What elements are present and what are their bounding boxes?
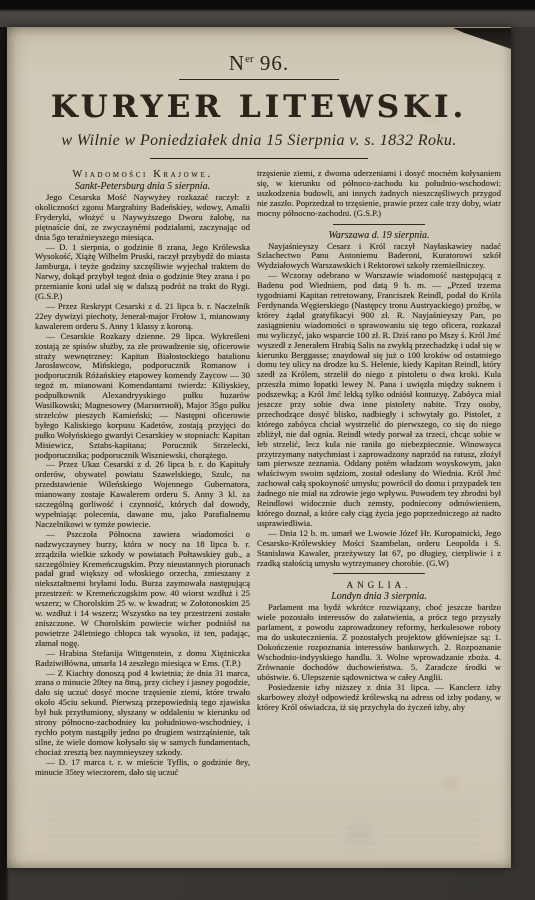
paragraph: — Cesarskie Rozkazy dzienne. 29 lipca. W…	[35, 332, 250, 461]
issue-superscript: er	[245, 53, 254, 65]
paragraph: Nayjaśnieyszy Cesarz i Król raczył Nayła…	[257, 242, 501, 272]
text-columns: Wiadomości Krajowe. Sankt-Petersburg dni…	[7, 159, 511, 777]
paragraph: Posiedzenie izby niższey z dnia 31 lipca…	[257, 683, 501, 713]
section-divider-rule	[333, 573, 425, 574]
paragraph: — Hrabina Stefanija Wittgenstein, z domu…	[35, 649, 250, 669]
newspaper-title: KURYER LITEWSKI.	[7, 89, 511, 125]
issue-number: Ner 96.	[7, 51, 511, 76]
scan-top-band	[0, 0, 535, 27]
paragraph: — D. 1 sierpnia, o godzinie 8 zrana, Jeg…	[35, 243, 250, 302]
paragraph: Parlament ma bydź wkrótce rozwiązany, ch…	[257, 603, 501, 682]
column-right: trzęsienie ziemi, z dwoma uderzeniami i …	[257, 169, 501, 777]
issue-value: 96.	[254, 51, 290, 75]
section-heading-anglia: Anglia.	[257, 579, 501, 591]
paragraph-continuation: trzęsienie ziemi, z dwoma uderzeniami i …	[257, 169, 501, 219]
paragraph: — Przez Reskrypt Cesarski z d. 21 lipca …	[35, 302, 250, 332]
paragraph: — Z Kiachty donoszą pod 4 kwietnia; że d…	[35, 669, 250, 758]
column-left: Wiadomości Krajowe. Sankt-Petersburg dni…	[35, 169, 250, 777]
paragraph: Jego Cesarska Mość Naywyżey rozkazać rac…	[35, 193, 250, 243]
newspaper-page: Ner 96. KURYER LITEWSKI. w Wilnie w Poni…	[7, 27, 511, 868]
masthead-dateline: w Wilnie w Poniedziałek dnia 15 Sierpnia…	[7, 132, 511, 150]
paragraph: — Wczoray odebrano w Warszawie wiadomość…	[257, 271, 501, 529]
paragraph: — Pszczoła Północna zawiera wiadomości o…	[35, 530, 250, 649]
verso-show-through	[47, 802, 481, 854]
paragraph: — Dnia 12 b. m. umarł we Lwowie Józef Hr…	[257, 529, 501, 569]
section-divider-rule	[333, 224, 425, 225]
issue-prefix: N	[229, 51, 245, 75]
section-heading-domestic-news: Wiadomości Krajowe.	[35, 169, 250, 181]
scan-background: Ner 96. KURYER LITEWSKI. w Wilnie w Poni…	[0, 0, 535, 900]
paragraph: — D. 17 marca t. r. w mieście Tyflis, o …	[35, 758, 250, 778]
masthead: Ner 96. KURYER LITEWSKI. w Wilnie w Poni…	[7, 27, 511, 159]
issue-underline-rule	[179, 79, 339, 80]
dateline-warsaw: Warszawa d. 19 sierpnia.	[257, 230, 501, 242]
paragraph: — Przez Ukaz Cesarski z d. 26 lipca b. r…	[35, 460, 250, 529]
